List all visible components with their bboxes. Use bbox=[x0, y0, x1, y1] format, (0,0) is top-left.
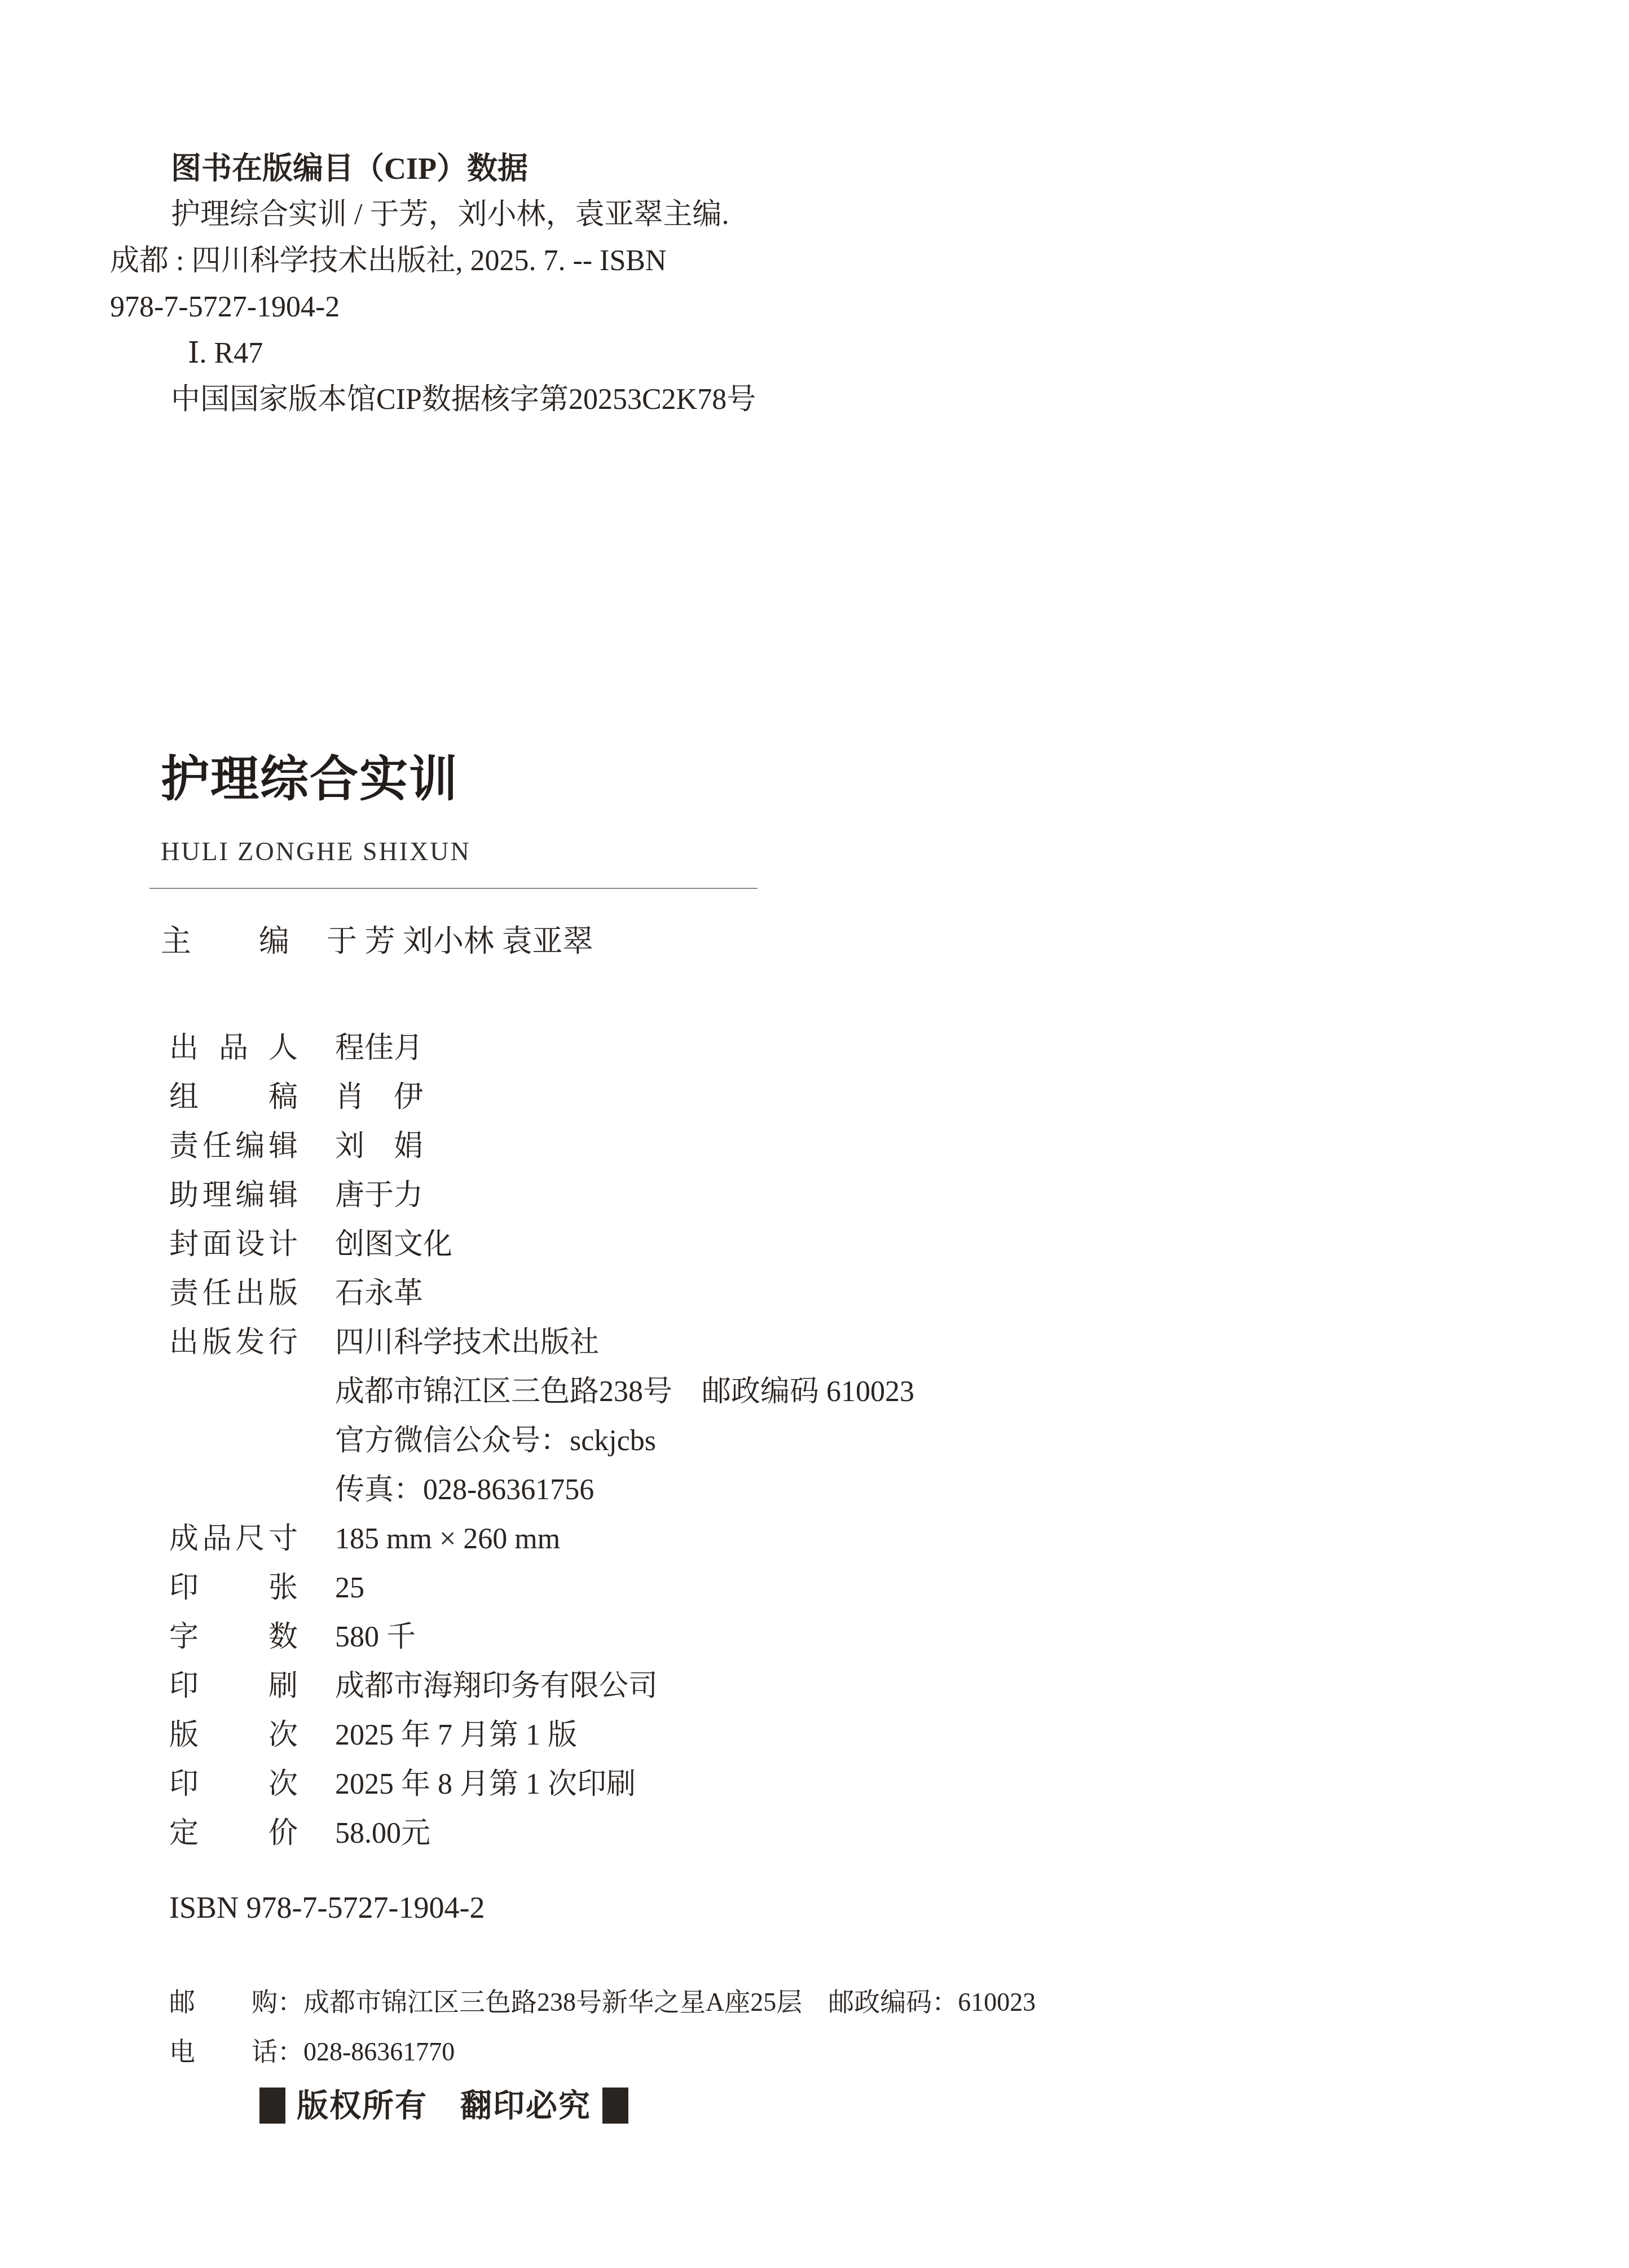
colophon-row-label: 封面设计 bbox=[169, 1220, 298, 1269]
cip-description: 护理综合实训 / 于芳，刘小林，袁亚翠主编. bbox=[110, 192, 956, 238]
colophon-row-value: 唐于力 bbox=[335, 1171, 423, 1220]
title-block: 护理综合实训 HULI ZONGHE SHIXUN 主编 于 芳 刘小林 袁亚翠 bbox=[161, 751, 950, 959]
colophon-row-value: 官方微信公众号：sckjcbs bbox=[335, 1416, 656, 1465]
colophon-row-value: 四川科学技术出版社 bbox=[335, 1318, 599, 1367]
colophon-row-edition: 版次 2025 年 7 月第 1 版 bbox=[169, 1711, 1467, 1760]
colophon-row-label: 责任出版 bbox=[169, 1269, 298, 1318]
contact-block: 邮购 ：成都市锦江区三色路238号新华之星A座25层 邮政编码：610023 电… bbox=[169, 1978, 1523, 2077]
cip-isbn: 978-7-5727-1904-2 bbox=[110, 284, 956, 331]
colophon-row-label: 印次 bbox=[169, 1760, 298, 1809]
mail-order-label: 邮购 bbox=[169, 1978, 278, 2027]
colophon-row-publisher: 出版发行 四川科学技术出版社 bbox=[169, 1318, 1467, 1367]
colophon-row-label: 责任编辑 bbox=[169, 1122, 298, 1171]
chief-editor-label: 主编 bbox=[161, 924, 289, 959]
colophon-row-value: 580 千 bbox=[335, 1613, 416, 1662]
colophon-row-value: 刘 娟 bbox=[335, 1122, 423, 1171]
colophon-row-value: 传真：028-86361756 bbox=[335, 1465, 594, 1514]
colophon-row-value: 成都市锦江区三色路238号 邮政编码 610023 bbox=[335, 1367, 914, 1416]
colophon-row-word-count: 字数 580 千 bbox=[169, 1613, 1467, 1662]
colophon-row-label: 印刷 bbox=[169, 1662, 298, 1711]
colophon-row-label: 印张 bbox=[169, 1564, 298, 1613]
colophon-block: 出品人 程佳月 组稿 肖 伊 责任编辑 刘 娟 助理编辑 唐于力 封面设计 创图… bbox=[169, 1024, 1467, 1858]
divider-line bbox=[149, 888, 758, 889]
isbn-line: ISBN 978-7-5727-1904-2 bbox=[169, 1891, 485, 1925]
colophon-row-printer: 印刷 成都市海翔印务有限公司 bbox=[169, 1662, 1467, 1711]
cip-classification: Ⅰ. R47 bbox=[110, 331, 956, 377]
colophon-row-label: 出品人 bbox=[169, 1024, 298, 1073]
colophon-row-value: 程佳月 bbox=[335, 1024, 423, 1073]
colophon-row-value: 2025 年 8 月第 1 次印刷 bbox=[335, 1760, 636, 1809]
colophon-row-sheets: 印张 25 bbox=[169, 1564, 1467, 1613]
colophon-row-wechat: 官方微信公众号：sckjcbs bbox=[169, 1416, 1467, 1465]
colophon-row-label: 组稿 bbox=[169, 1073, 298, 1122]
cip-title: 图书在版编目（CIP）数据 bbox=[110, 146, 956, 192]
book-title-pinyin: HULI ZONGHE SHIXUN bbox=[161, 837, 950, 866]
colophon-row-assistant-editor: 助理编辑 唐于力 bbox=[169, 1171, 1467, 1220]
cip-publisher-line: 成都 : 四川科学技术出版社, 2025. 7. -- ISBN bbox=[110, 238, 956, 284]
colophon-row-price: 定价 58.00元 bbox=[169, 1809, 1467, 1858]
mail-order-row: 邮购 ：成都市锦江区三色路238号新华之星A座25层 邮政编码：610023 bbox=[169, 1978, 1523, 2027]
colophon-row-label: 助理编辑 bbox=[169, 1171, 298, 1220]
colophon-row-trim-size: 成品尺寸 185 mm × 260 mm bbox=[169, 1514, 1467, 1564]
phone-row: 电话 ：028-86361770 bbox=[169, 2027, 1523, 2077]
colophon-row-label: 字数 bbox=[169, 1613, 298, 1662]
colophon-row-label: 出版发行 bbox=[169, 1318, 298, 1367]
cip-record-number: 中国国家版本馆CIP数据核字第20253C2K78号 bbox=[110, 377, 956, 423]
colophon-row-label: 定价 bbox=[169, 1809, 298, 1858]
copyright-page: 图书在版编目（CIP）数据 护理综合实训 / 于芳，刘小林，袁亚翠主编. 成都 … bbox=[0, 0, 1629, 2268]
colophon-row-fax: 传真：028-86361756 bbox=[169, 1465, 1467, 1514]
colophon-row-printing: 印次 2025 年 8 月第 1 次印刷 bbox=[169, 1760, 1467, 1809]
colophon-row-value: 成都市海翔印务有限公司 bbox=[335, 1662, 658, 1711]
colophon-row-address: 成都市锦江区三色路238号 邮政编码 610023 bbox=[169, 1367, 1467, 1416]
colophon-row-label: 成品尺寸 bbox=[169, 1514, 298, 1564]
chief-editor-row: 主编 于 芳 刘小林 袁亚翠 bbox=[161, 924, 950, 959]
colophon-row-label: 版次 bbox=[169, 1711, 298, 1760]
filled-square-icon bbox=[259, 2088, 285, 2124]
copyright-bar: 版权所有 翻印必究 bbox=[259, 2087, 628, 2124]
colophon-row-value: 185 mm × 260 mm bbox=[335, 1514, 560, 1564]
book-title: 护理综合实训 bbox=[161, 751, 950, 808]
filled-square-icon bbox=[602, 2088, 628, 2124]
colophon-row-value: 2025 年 7 月第 1 版 bbox=[335, 1711, 577, 1760]
phone-value: ：028-86361770 bbox=[278, 2027, 455, 2077]
colophon-row-commissioning: 组稿 肖 伊 bbox=[169, 1073, 1467, 1122]
colophon-row-value: 58.00元 bbox=[335, 1809, 430, 1858]
colophon-row-value: 创图文化 bbox=[335, 1220, 452, 1269]
mail-order-value: ：成都市锦江区三色路238号新华之星A座25层 邮政编码：610023 bbox=[278, 1978, 1036, 2027]
colophon-row-producer: 出品人 程佳月 bbox=[169, 1024, 1467, 1073]
colophon-row-responsible-publisher: 责任出版 石永革 bbox=[169, 1269, 1467, 1318]
colophon-row-responsible-editor: 责任编辑 刘 娟 bbox=[169, 1122, 1467, 1171]
colophon-row-value: 肖 伊 bbox=[335, 1073, 423, 1122]
colophon-row-value: 石永革 bbox=[335, 1269, 423, 1318]
copyright-notice: 版权所有 翻印必究 bbox=[297, 2087, 591, 2124]
colophon-row-value: 25 bbox=[335, 1564, 364, 1613]
chief-editor-names: 于 芳 刘小林 袁亚翠 bbox=[327, 924, 593, 959]
cip-block: 图书在版编目（CIP）数据 护理综合实训 / 于芳，刘小林，袁亚翠主编. 成都 … bbox=[110, 146, 956, 423]
phone-label: 电话 bbox=[169, 2027, 278, 2077]
colophon-row-cover-design: 封面设计 创图文化 bbox=[169, 1220, 1467, 1269]
